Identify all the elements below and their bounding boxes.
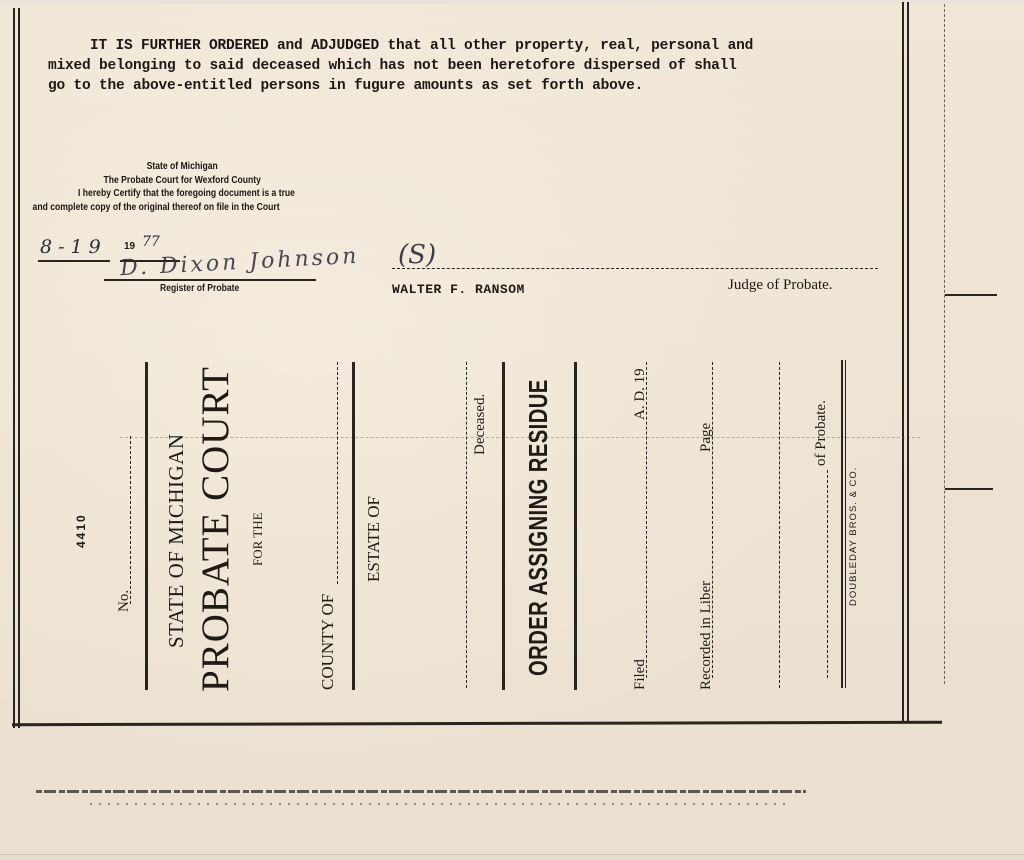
judge-name: WALTER F. RANSOM [392, 282, 525, 297]
right-border-line [907, 2, 909, 722]
panel-rule [145, 362, 148, 690]
handwritten-date: 8-19 [40, 236, 107, 258]
estate-of-label: ESTATE OF [364, 496, 384, 582]
no-label: No. [116, 590, 133, 612]
paper-bottom-edge [0, 854, 1024, 860]
recorded-in-liber-label: Recorded in Liber [698, 581, 715, 690]
probate-blank-line [779, 362, 780, 688]
typed-line: mixed belonging to said deceased which h… [48, 56, 888, 76]
page-label: Page [698, 423, 715, 452]
probate-court-heading: PROBATE COURT [193, 366, 238, 692]
panel-rule [502, 362, 505, 690]
date-underline [38, 260, 110, 262]
handwritten-year: 77 [142, 234, 160, 250]
bleed-through-mark [90, 803, 790, 805]
year-prefix: 19 [124, 241, 135, 252]
right-perforation-line [944, 4, 945, 684]
ad-19-label: A. D. 19 [632, 368, 649, 420]
state-of-michigan-heading: STATE OF MICHIGAN [164, 434, 189, 649]
estate-blank-line [466, 362, 467, 688]
fold-tick-mark [945, 488, 993, 490]
typed-line: IT IS FURTHER ORDERED and ADJUDGED that … [90, 38, 753, 54]
typed-line: go to the above-entitled persons in fugu… [48, 76, 888, 96]
judge-signature-line [392, 268, 878, 269]
printer-imprint: DOUBLEDAY BROS. & CO. [848, 467, 859, 606]
fold-crease [120, 437, 920, 438]
judge-title: Judge of Probate. [728, 277, 833, 294]
left-border-line [13, 8, 15, 728]
panel-rule [845, 360, 846, 688]
bottom-border-line [12, 721, 942, 726]
document-page: IT IS FURTHER ORDERED and ADJUDGED that … [0, 0, 1024, 860]
stamp-court: The Probate Court for Wexford County [36, 174, 328, 188]
typed-order-paragraph: IT IS FURTHER ORDERED and ADJUDGED that … [48, 36, 888, 96]
panel-rule [352, 362, 355, 690]
number-blank-line [130, 436, 131, 604]
of-probate-label: of Probate. [813, 400, 830, 466]
left-border-line [18, 8, 20, 728]
seal-mark: (S) [398, 240, 436, 270]
bleed-through-mark [36, 790, 806, 793]
fold-tick-mark [945, 294, 997, 296]
certification-stamp: State of Michigan The Probate Court for … [36, 160, 328, 214]
county-of-label: COUNTY OF [318, 594, 338, 690]
right-border-line [902, 2, 904, 722]
stamp-copy: and complete copy of the original thereo… [33, 201, 329, 215]
panel-rule [841, 360, 843, 688]
deceased-label: Deceased. [472, 394, 489, 455]
paper-top-edge [0, 0, 1024, 4]
order-assigning-residue-title: ORDER ASSIGNING RESIDUE [523, 379, 554, 676]
panel-rule [574, 362, 577, 690]
stamp-certify: I hereby Certify that the foregoing docu… [36, 187, 328, 201]
of-probate-blank-line [827, 470, 828, 678]
filed-label: Filed [632, 659, 649, 690]
register-label: Register of Probate [160, 283, 239, 294]
stamp-state: State of Michigan [36, 160, 328, 174]
for-the-label: FOR THE [250, 512, 266, 566]
form-number: 4410 [74, 513, 88, 548]
county-blank-line [337, 362, 338, 584]
